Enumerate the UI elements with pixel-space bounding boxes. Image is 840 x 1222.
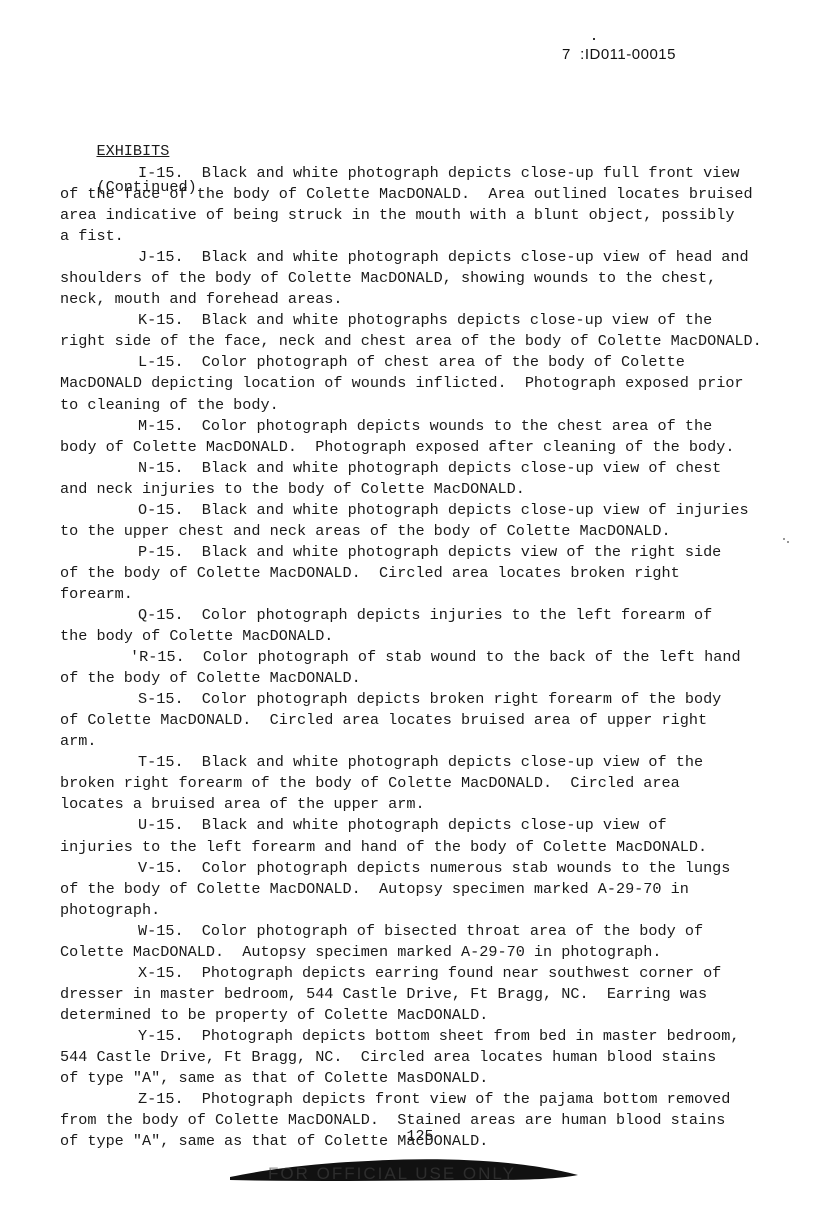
exhibit-first-line: Q-15. Color photograph depicts injuries … <box>60 605 800 626</box>
exhibit-entry-i-15: I-15. Black and white photograph depicts… <box>60 163 800 247</box>
exhibit-list: I-15. Black and white photograph depicts… <box>60 163 800 1152</box>
exhibit-first-line: S-15. Color photograph depicts broken ri… <box>60 689 800 710</box>
exhibit-line: area indicative of being struck in the m… <box>60 205 800 226</box>
exhibit-line: injuries to the left forearm and hand of… <box>60 837 800 858</box>
exhibit-entry-o-15: O-15. Black and white photograph depicts… <box>60 500 800 542</box>
exhibit-first-line: M-15. Color photograph depicts wounds to… <box>60 416 800 437</box>
exhibit-line: broken right forearm of the body of Cole… <box>60 773 800 794</box>
section-title: EXHIBITS <box>96 142 169 160</box>
exhibit-line: of type "A", same as that of Colette Mas… <box>60 1068 800 1089</box>
exhibit-entry-j-15: J-15. Black and white photograph depicts… <box>60 247 800 310</box>
exhibit-entry-m-15: M-15. Color photograph depicts wounds to… <box>60 416 800 458</box>
exhibit-first-line: T-15. Black and white photograph depicts… <box>60 752 800 773</box>
exhibit-first-line: K-15. Black and white photographs depict… <box>60 310 800 331</box>
exhibit-line: photograph. <box>60 900 800 921</box>
exhibit-line: of the body of Colette MacDONALD. Autops… <box>60 879 800 900</box>
exhibit-line: determined to be property of Colette Mac… <box>60 1005 800 1026</box>
exhibit-entry-q-15: Q-15. Color photograph depicts injuries … <box>60 605 800 647</box>
exhibit-line: and neck injuries to the body of Colette… <box>60 479 800 500</box>
exhibit-line: body of Colette MacDONALD. Photograph ex… <box>60 437 800 458</box>
exhibit-line: MacDONALD depicting location of wounds i… <box>60 373 800 394</box>
scan-speck <box>787 541 789 543</box>
redacted-text: FOR OFFICIAL USE ONLY <box>268 1164 516 1183</box>
exhibit-line: locates a bruised area of the upper arm. <box>60 794 800 815</box>
exhibit-line: dresser in master bedroom, 544 Castle Dr… <box>60 984 800 1005</box>
exhibit-first-line: 'R-15. Color photograph of stab wound to… <box>60 647 800 668</box>
exhibit-first-line: X-15. Photograph depicts earring found n… <box>60 963 800 984</box>
exhibit-line: shoulders of the body of Colette MacDONA… <box>60 268 800 289</box>
scan-speck <box>593 38 595 40</box>
exhibit-line: of the body of Colette MacDONALD. Circle… <box>60 563 800 584</box>
exhibit-line: of the face of the body of Colette MacDO… <box>60 184 800 205</box>
exhibit-entry-n-15: N-15. Black and white photograph depicts… <box>60 458 800 500</box>
exhibit-entry-u-15: U-15. Black and white photograph depicts… <box>60 815 800 857</box>
exhibit-entry-p-15: P-15. Black and white photograph depicts… <box>60 542 800 605</box>
exhibit-first-line: Z-15. Photograph depicts front view of t… <box>60 1089 800 1110</box>
exhibit-line: neck, mouth and forehead areas. <box>60 289 800 310</box>
exhibit-entry-l-15: L-15. Color photograph of chest area of … <box>60 352 800 415</box>
exhibit-first-line: I-15. Black and white photograph depicts… <box>60 163 800 184</box>
redacted-stamp: FOR OFFICIAL USE ONLY <box>228 1151 580 1183</box>
exhibit-first-line: L-15. Color photograph of chest area of … <box>60 352 800 373</box>
redaction-bar: FOR OFFICIAL USE ONLY <box>228 1151 580 1183</box>
exhibit-line: a fist. <box>60 226 800 247</box>
exhibit-entry-x-15: X-15. Photograph depicts earring found n… <box>60 963 800 1026</box>
exhibit-first-line: J-15. Black and white photograph depicts… <box>60 247 800 268</box>
exhibit-entry-v-15: V-15. Color photograph depicts numerous … <box>60 858 800 921</box>
exhibit-entry-y-15: Y-15. Photograph depicts bottom sheet fr… <box>60 1026 800 1089</box>
exhibit-entry-s-15: S-15. Color photograph depicts broken ri… <box>60 689 800 752</box>
exhibit-entry-k-15: K-15. Black and white photographs depict… <box>60 310 800 352</box>
exhibit-line: of Colette MacDONALD. Circled area locat… <box>60 710 800 731</box>
exhibit-line: to cleaning of the body. <box>60 395 800 416</box>
exhibit-entry-r-15: 'R-15. Color photograph of stab wound to… <box>60 647 800 689</box>
exhibit-entry-w-15: W-15. Color photograph of bisected throa… <box>60 921 800 963</box>
exhibit-entry-t-15: T-15. Black and white photograph depicts… <box>60 752 800 815</box>
exhibit-line: 544 Castle Drive, Ft Bragg, NC. Circled … <box>60 1047 800 1068</box>
exhibit-first-line: Y-15. Photograph depicts bottom sheet fr… <box>60 1026 800 1047</box>
exhibit-first-line: P-15. Black and white photograph depicts… <box>60 542 800 563</box>
exhibit-line: of the body of Colette MacDONALD. <box>60 668 800 689</box>
exhibit-first-line: O-15. Black and white photograph depicts… <box>60 500 800 521</box>
exhibit-line: forearm. <box>60 584 800 605</box>
exhibit-first-line: U-15. Black and white photograph depicts… <box>60 815 800 836</box>
exhibit-line: to the upper chest and neck areas of the… <box>60 521 800 542</box>
exhibit-line: arm. <box>60 731 800 752</box>
exhibit-line: Colette MacDONALD. Autopsy specimen mark… <box>60 942 800 963</box>
exhibit-first-line: N-15. Black and white photograph depicts… <box>60 458 800 479</box>
exhibit-line: the body of Colette MacDONALD. <box>60 626 800 647</box>
exhibit-first-line: W-15. Color photograph of bisected throa… <box>60 921 800 942</box>
scan-speck <box>783 538 785 540</box>
page-number: 125 <box>0 1128 840 1145</box>
exhibit-line: right side of the face, neck and chest a… <box>60 331 800 352</box>
exhibit-first-line: V-15. Color photograph depicts numerous … <box>60 858 800 879</box>
document-page: 7 :ID011-00015 EXHIBITS (Continued) I-15… <box>0 0 840 1222</box>
document-id: 7 :ID011-00015 <box>562 46 676 63</box>
